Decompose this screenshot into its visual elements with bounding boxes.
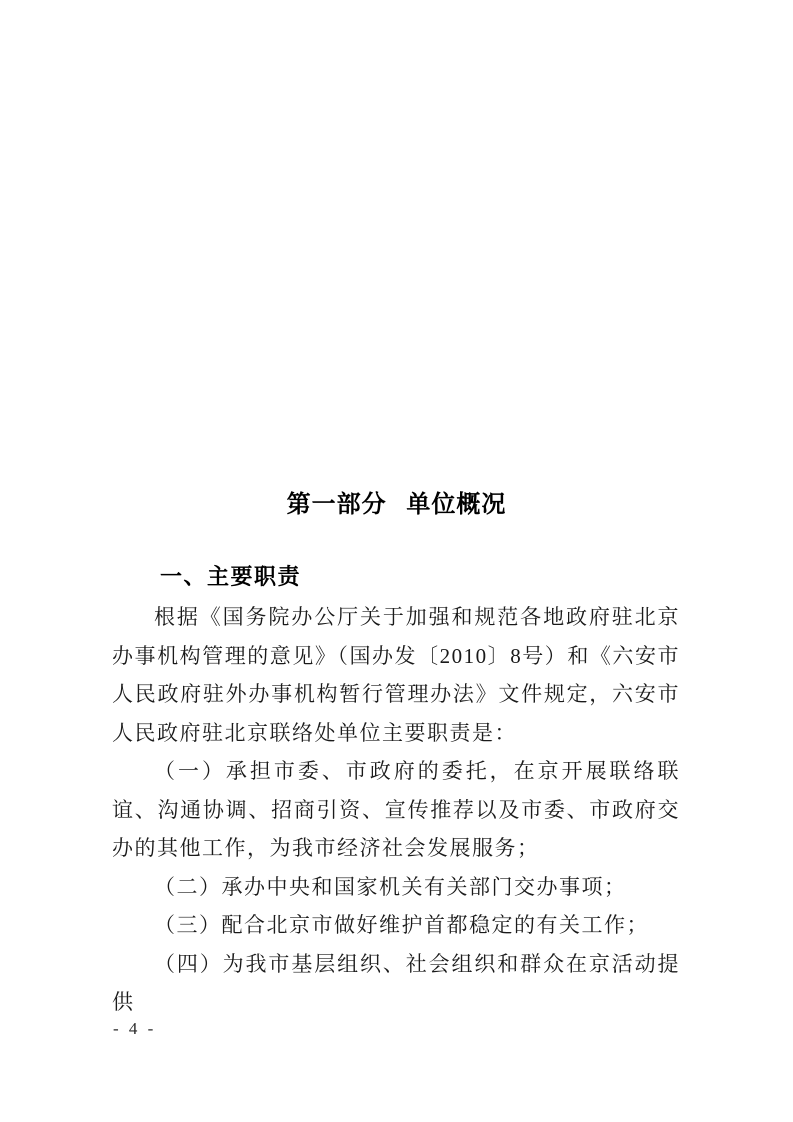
paragraph-duty-2: （二）承办中央和国家机关有关部门交办事项； [112,868,680,907]
document-page: 第一部分 单位概况 一、主要职责 根据《国务院办公厅关于加强和规范各地政府驻北京… [0,0,793,1122]
section-title: 第一部分 单位概况 [0,490,793,520]
paragraph-duty-1: （一）承担市委、市政府的委托，在京开展联络联谊、沟通协调、招商引资、宣传推荐以及… [112,752,680,868]
paragraph-duty-3: （三）配合北京市做好维护首都稳定的有关工作； [112,906,680,945]
page-number: - 4 - [113,1018,156,1040]
heading-main-duties: 一、主要职责 [160,564,301,590]
body-text-block: 根据《国务院办公厅关于加强和规范各地政府驻北京办事机构管理的意见》（国办发〔20… [112,598,680,1022]
paragraph-duty-4: （四）为我市基层组织、社会组织和群众在京活动提供 [112,945,680,1022]
paragraph-intro: 根据《国务院办公厅关于加强和规范各地政府驻北京办事机构管理的意见》（国办发〔20… [112,598,680,752]
